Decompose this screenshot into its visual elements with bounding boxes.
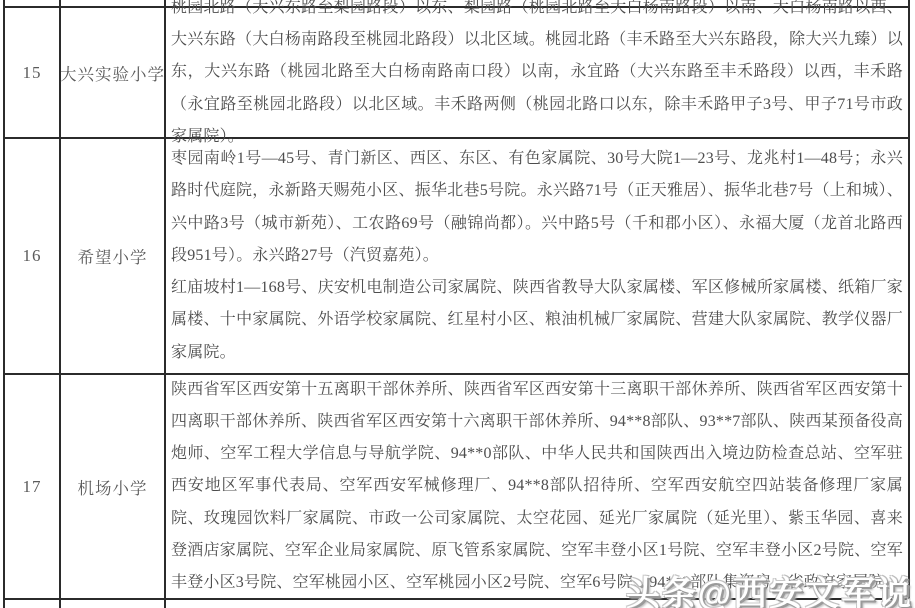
row-number: 17 <box>5 375 59 598</box>
row-number: 15 <box>5 8 59 137</box>
district-description-cell: 桃园北路（大兴东路至梨园路段）以东、梨园路（桃园北路至大白杨南路段）以南、大白杨… <box>164 8 908 137</box>
school-name: 大兴实验小学 <box>59 8 164 137</box>
district-description-paragraph: 枣园南岭1号—45号、青门新区、西区、东区、有色家属院、30号大院1—23号、龙… <box>171 143 903 272</box>
row-number: 16 <box>5 139 59 373</box>
table-row: 16 希望小学 枣园南岭1号—45号、青门新区、西区、东区、有色家属院、30号大… <box>5 139 908 375</box>
district-description-cell: 枣园南岭1号—45号、青门新区、西区、东区、有色家属院、30号大院1—23号、龙… <box>164 139 908 373</box>
table-row: 15 大兴实验小学 桃园北路（大兴东路至梨园路段）以东、梨园路（桃园北路至大白杨… <box>5 8 908 139</box>
school-name: 希望小学 <box>59 139 164 373</box>
school-name-cell <box>59 0 164 6</box>
district-description-cell: 陕西省军区西安第十五离职干部休养所、陕西省军区西安第十三离职干部休养所、陕西省军… <box>164 375 908 598</box>
row-number-cell <box>5 0 59 6</box>
district-description-paragraph: 桃园北路（大兴东路至梨园路段）以东、梨园路（桃园北路至大白杨南路段）以南、大白杨… <box>171 0 903 153</box>
school-district-table: 15 大兴实验小学 桃园北路（大兴东路至梨园路段）以东、梨园路（桃园北路至大白杨… <box>3 0 910 608</box>
school-name: 机场小学 <box>59 375 164 598</box>
watermark: 头条@西安文军说 <box>626 566 913 608</box>
district-description-paragraph: 红庙坡村1—168号、庆安机电制造公司家属院、陕西省教导大队家属楼、军区修械所家… <box>171 272 903 369</box>
school-name-cell <box>59 600 164 608</box>
row-number-cell <box>5 600 59 608</box>
